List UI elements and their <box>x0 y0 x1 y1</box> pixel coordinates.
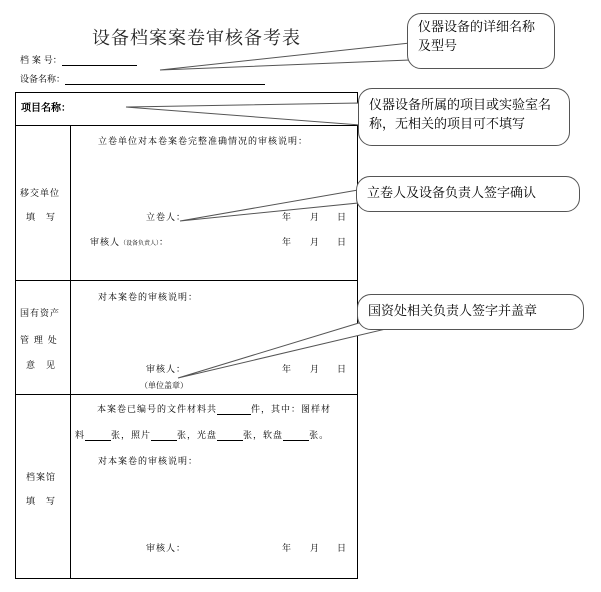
callout-project-name: 仪器设备所属的项目或实验室名称，无相关的项目可不填写 <box>358 88 570 146</box>
callout-signer: 立卷人及设备负责人签字确认 <box>356 176 580 212</box>
callout-state-asset-office: 国资处相关负责人签字并盖章 <box>357 294 584 330</box>
callout-device-name: 仪器设备的详细名称及型号 <box>407 13 555 69</box>
